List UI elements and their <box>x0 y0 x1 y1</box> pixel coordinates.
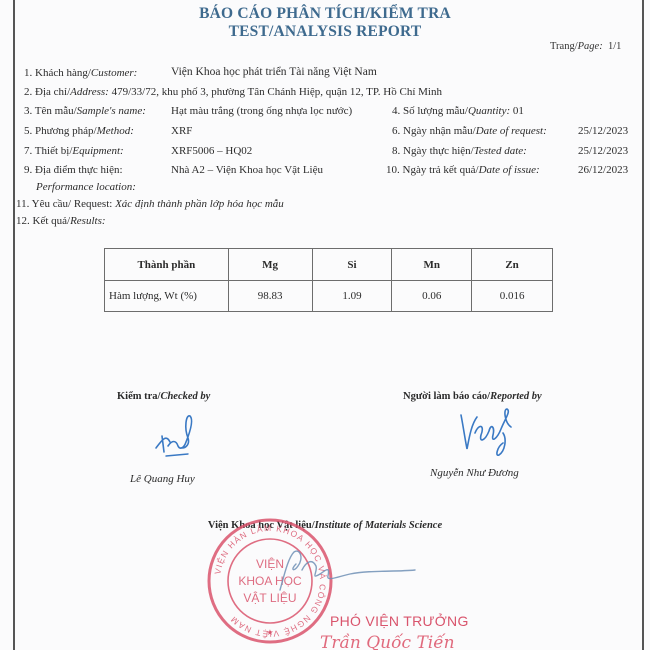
svg-text:★: ★ <box>266 628 273 637</box>
request-label: 11. Yêu cầu/ Request: <box>16 198 112 210</box>
page-border-right <box>642 0 644 650</box>
customer-label-vi: 1. Khách hàng/ <box>24 67 91 79</box>
field-results: 12. Kết quả/Results: <box>16 215 106 227</box>
header-mn: Mn <box>392 249 472 281</box>
method-label-vi: 5. Phương pháp/ <box>24 125 97 137</box>
address-value: 479/33/72, khu phố 3, phường Tân Chánh H… <box>112 86 442 98</box>
director-signature-icon <box>250 540 420 600</box>
sample-name-label-vi: 3. Tên mẫu/ <box>24 105 77 117</box>
checked-label-vi: Kiểm tra/ <box>117 391 160 402</box>
row-label: Hàm lượng, Wt (%) <box>105 281 229 312</box>
checked-by-heading: Kiểm tra/Checked by <box>117 391 210 402</box>
page-label-en: Page: <box>578 41 603 52</box>
page-value: 1/1 <box>608 41 621 52</box>
checked-label-en: Checked by <box>160 391 210 402</box>
address-label-en: Address: <box>70 86 109 98</box>
reported-label-en: Reported by <box>490 391 542 402</box>
header-mg: Mg <box>228 249 312 281</box>
quantity-label-vi: 4. Số lượng mẫu/ <box>392 105 468 117</box>
tested-date-label-vi: 8. Ngày thực hiện/ <box>392 145 474 157</box>
header-si: Si <box>312 249 392 281</box>
page-border-left <box>13 0 15 650</box>
date-request-label-vi: 6. Ngày nhận mẫu/ <box>392 125 476 137</box>
location-label-vi: 9. Địa điểm thực hiện: <box>24 164 123 176</box>
field-equipment: 7. Thiết bị/Equipment: <box>24 145 124 157</box>
table-row: Hàm lượng, Wt (%) 98.83 1.09 0.06 0.016 <box>105 281 553 312</box>
address-label-vi: 2. Địa chỉ/ <box>24 86 70 98</box>
reported-by-heading: Người làm báo cáo/Reported by <box>403 391 542 402</box>
equipment-label-vi: 7. Thiết bị/ <box>24 145 72 157</box>
sample-name-label-en: Sample's name: <box>77 105 146 117</box>
results-table: Thành phần Mg Si Mn Zn Hàm lượng, Wt (%)… <box>104 248 553 312</box>
request-value: Xác định thành phần lớp hóa học mẫu <box>115 198 284 210</box>
value-mn: 0.06 <box>392 281 472 312</box>
quantity-label-en: Quantity: <box>468 105 510 117</box>
tested-date-value: 25/12/2023 <box>578 145 628 157</box>
results-header-row: Thành phần Mg Si Mn Zn <box>105 249 553 281</box>
date-issue-label-vi: 10. Ngày trả kết quả/ <box>386 164 479 176</box>
value-si: 1.09 <box>312 281 392 312</box>
sample-name-value: Hạt màu trắng (trong ống nhựa lọc nước) <box>171 105 352 117</box>
report-title-en: TEST/ANALYSIS REPORT <box>0 23 650 41</box>
header-zn: Zn <box>472 249 553 281</box>
value-zn: 0.016 <box>472 281 553 312</box>
reported-by-name: Nguyễn Như Đương <box>430 467 519 479</box>
tested-date-label-en: Tested date: <box>474 145 527 157</box>
header-component: Thành phần <box>105 249 229 281</box>
quantity-value: 01 <box>513 105 524 117</box>
deputy-director-name: Trần Quốc Tiến <box>320 633 455 650</box>
customer-value: Viện Khoa học phát triển Tài năng Việt N… <box>171 66 377 78</box>
field-address: 2. Địa chỉ/Address: 479/33/72, khu phố 3… <box>24 86 442 98</box>
method-label-en: Method: <box>97 125 134 137</box>
equipment-label-en: Equipment: <box>72 145 123 157</box>
checked-by-name: Lê Quang Huy <box>130 473 195 485</box>
field-date-issue: 10. Ngày trả kết quả/Date of issue: <box>386 164 540 176</box>
date-request-label-en: Date of request: <box>476 125 547 137</box>
value-mg: 98.83 <box>228 281 312 312</box>
field-customer: 1. Khách hàng/Customer: <box>24 67 137 79</box>
field-sample-name: 3. Tên mẫu/Sample's name: <box>24 105 146 117</box>
field-tested-date: 8. Ngày thực hiện/Tested date: <box>392 145 527 157</box>
report-title-vi: BÁO CÁO PHÂN TÍCH/KIỂM TRA <box>0 5 650 23</box>
date-request-value: 25/12/2023 <box>578 125 628 137</box>
customer-label-en: Customer: <box>91 67 137 79</box>
equipment-value: XRF5006 – HQ02 <box>171 145 252 157</box>
location-value: Nhà A2 – Viện Khoa học Vật Liệu <box>171 164 323 176</box>
results-label-vi: 12. Kết quả/ <box>16 215 70 227</box>
page-number: Trang/Page: 1/1 <box>550 41 621 52</box>
reported-signature-icon <box>455 405 525 460</box>
field-date-request: 6. Ngày nhận mẫu/Date of request: <box>392 125 547 137</box>
field-quantity: 4. Số lượng mẫu/Quantity: 01 <box>392 105 524 117</box>
field-request: 11. Yêu cầu/ Request: Xác định thành phầ… <box>16 198 284 210</box>
page-label-vi: Trang/ <box>550 41 578 52</box>
location-label-en: Performance location: <box>36 181 136 193</box>
field-method: 5. Phương pháp/Method: <box>24 125 134 137</box>
date-issue-label-en: Date of issue: <box>479 164 540 176</box>
method-value: XRF <box>171 125 192 137</box>
date-issue-value: 26/12/2023 <box>578 164 628 176</box>
location-label-en-text: Performance location: <box>36 181 136 193</box>
results-label-en: Results: <box>70 215 105 227</box>
report-sheet: BÁO CÁO PHÂN TÍCH/KIỂM TRA TEST/ANALYSIS… <box>0 0 650 650</box>
deputy-director-title: PHÓ VIỆN TRƯỞNG <box>330 613 469 629</box>
checked-signature-icon <box>148 412 208 460</box>
reported-label-vi: Người làm báo cáo/ <box>403 391 490 402</box>
